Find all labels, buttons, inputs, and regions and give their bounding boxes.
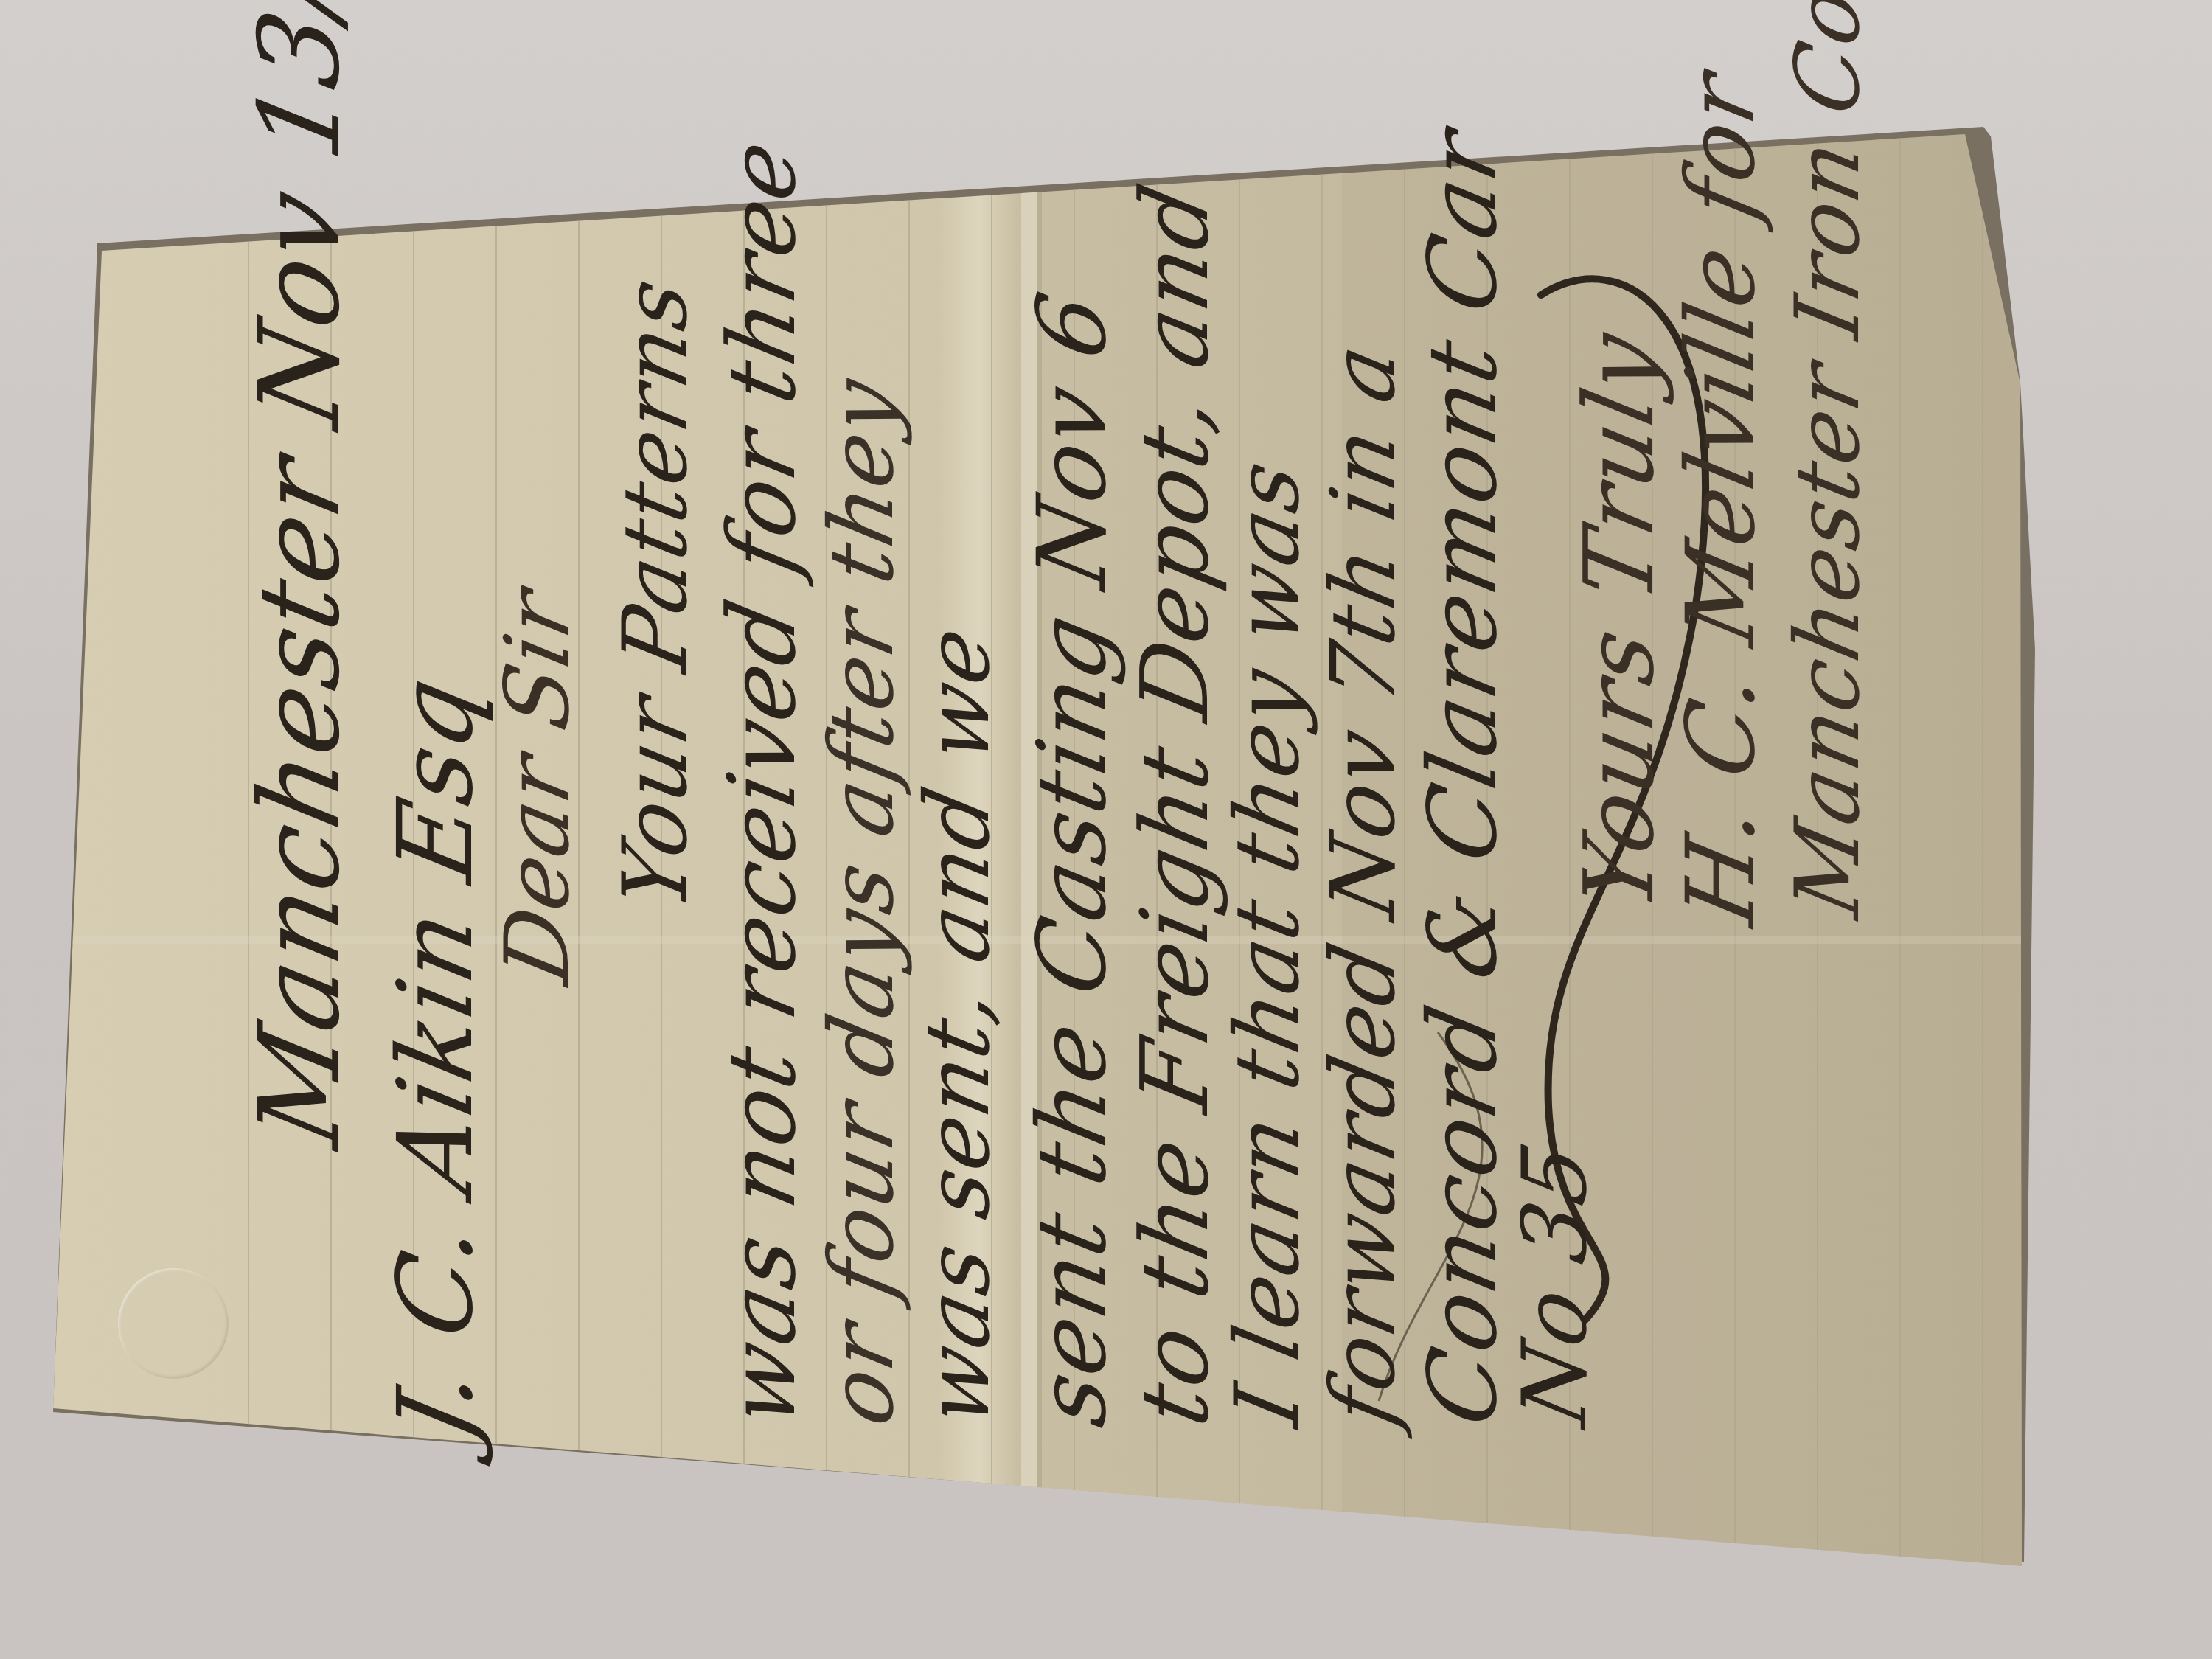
letter-text: Manchester Nov 13/53 J. C. Aikin Esq Dea… <box>103 243 2006 1556</box>
body-line: Your Patterns <box>605 269 707 918</box>
body-line: was sent, and we <box>907 617 1009 1433</box>
closing: Yours Truly <box>1563 323 1675 919</box>
body-line: No 35 <box>1504 1133 1607 1434</box>
body-line: I learn that they was <box>1217 451 1319 1434</box>
letter-photo: Manchester Nov 13/53 J. C. Aikin Esq Dea… <box>0 0 2212 1659</box>
body-line: or four days after they <box>811 369 914 1434</box>
body-line: to the Freight Depot, and <box>1121 175 1229 1435</box>
dateline: Manchester Nov 13/53 <box>236 0 364 1156</box>
body-line: sent the Casting Nov 6 <box>1018 282 1127 1435</box>
body-line: was not received for three <box>708 130 816 1434</box>
body-line: Concord & Claremont Car <box>1408 120 1518 1435</box>
recipient: J. C. Aikin Esq <box>376 666 496 1450</box>
body-line: forwarded Nov 7th in a <box>1312 335 1415 1434</box>
salutation: Dear Sir <box>487 580 589 992</box>
signature: H. C. Melville for <box>1666 63 1776 933</box>
company-name: Manchester Iron Co <box>1777 0 1879 925</box>
